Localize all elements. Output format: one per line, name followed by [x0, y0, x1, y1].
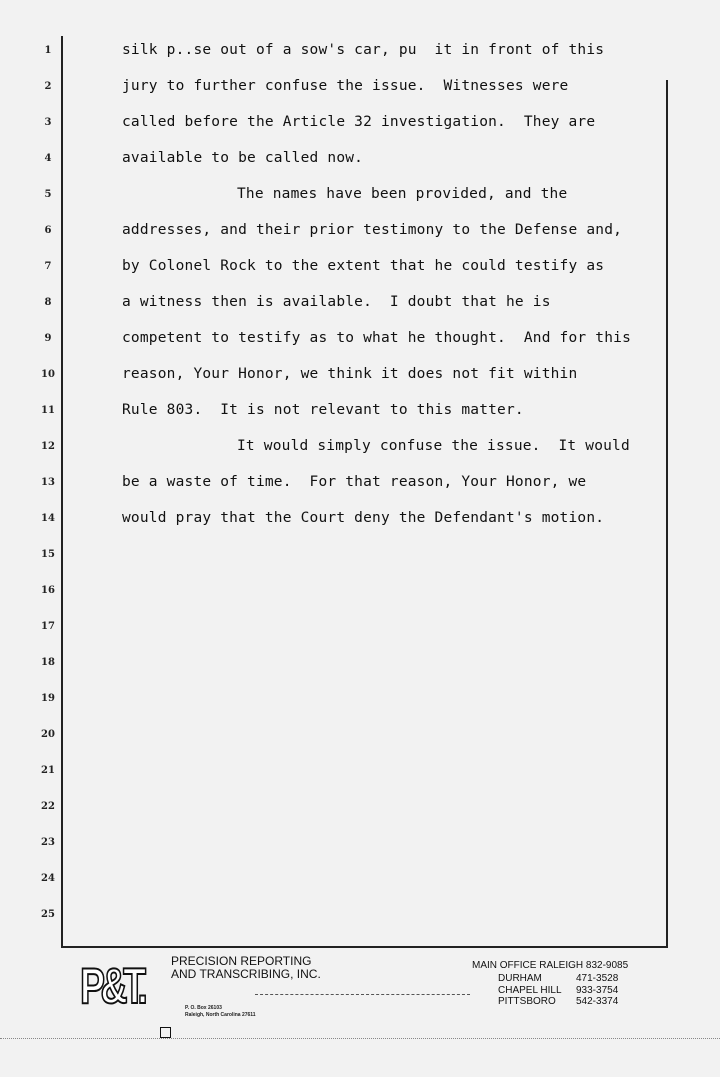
- office-row: PITTSBORO542-3374: [472, 996, 628, 1008]
- line-number: 14: [30, 513, 66, 524]
- line-number: 1: [30, 45, 66, 56]
- line-number: 5: [30, 189, 66, 200]
- transcript-line: Rule 803. It is not relevant to this mat…: [122, 402, 524, 418]
- page-footer: P&T. PRECISION REPORTING AND TRANSCRIBIN…: [0, 952, 720, 1032]
- company-name-line1: PRECISION REPORTING: [171, 955, 321, 968]
- office-list: MAIN OFFICE RALEIGH 832-9085 DURHAM471-3…: [472, 960, 628, 1008]
- line-number: 23: [30, 837, 66, 848]
- company-address: P. O. Box 26103 Raleigh, North Carolina …: [185, 1005, 256, 1019]
- right-margin-rule: [666, 80, 668, 948]
- company-name-line2: AND TRANSCRIBING, INC.: [171, 968, 321, 981]
- line-number: 24: [30, 873, 66, 884]
- transcript-line: would pray that the Court deny the Defen…: [122, 510, 604, 526]
- line-number: 25: [30, 909, 66, 920]
- transcript-line: a witness then is available. I doubt tha…: [122, 294, 551, 310]
- transcript-line: addresses, and their prior testimony to …: [122, 222, 622, 238]
- line-number: 12: [30, 441, 66, 452]
- office-name: DURHAM: [498, 973, 576, 985]
- line-number: 17: [30, 621, 66, 632]
- transcript-line: The names have been provided, and the: [237, 186, 567, 202]
- transcript-line: reason, Your Honor, we think it does not…: [122, 366, 577, 382]
- office-row: CHAPEL HILL933-3754: [472, 985, 628, 997]
- office-row: DURHAM471-3528: [472, 973, 628, 985]
- bottom-margin-rule: [61, 946, 668, 948]
- office-name: CHAPEL HILL: [498, 985, 576, 997]
- main-office: MAIN OFFICE RALEIGH 832-9085: [472, 960, 628, 971]
- office-phone: 542-3374: [576, 996, 618, 1008]
- line-number: 16: [30, 585, 66, 596]
- transcript-line: called before the Article 32 investigati…: [122, 114, 595, 130]
- line-number: 4: [30, 153, 66, 164]
- line-number: 15: [30, 549, 66, 560]
- address-line1: P. O. Box 26103: [185, 1005, 256, 1012]
- line-number: 13: [30, 477, 66, 488]
- dotted-divider: [255, 994, 470, 995]
- company-logo: P&T.: [80, 957, 145, 1015]
- line-number: 19: [30, 693, 66, 704]
- line-number: 9: [30, 333, 66, 344]
- line-number: 22: [30, 801, 66, 812]
- office-phone: 471-3528: [576, 973, 618, 985]
- line-number: 8: [30, 297, 66, 308]
- line-number: 11: [30, 405, 66, 416]
- line-number: 6: [30, 225, 66, 236]
- office-name: PITTSBORO: [498, 996, 576, 1008]
- logo-square-icon: [160, 1027, 171, 1038]
- office-phone: 933-3754: [576, 985, 618, 997]
- transcript-line: available to be called now.: [122, 150, 363, 166]
- scan-artifact-line: [0, 1038, 720, 1039]
- transcript-line: be a waste of time. For that reason, You…: [122, 474, 586, 490]
- company-name: PRECISION REPORTING AND TRANSCRIBING, IN…: [171, 955, 321, 980]
- line-number: 20: [30, 729, 66, 740]
- line-number: 21: [30, 765, 66, 776]
- transcript-line: by Colonel Rock to the extent that he co…: [122, 258, 604, 274]
- line-number: 2: [30, 81, 66, 92]
- address-line2: Raleigh, North Carolina 27611: [185, 1012, 256, 1019]
- transcript-line: silk p..se out of a sow's car, pu it in …: [122, 42, 604, 58]
- line-number: 18: [30, 657, 66, 668]
- line-number: 7: [30, 261, 66, 272]
- transcript-line: competent to testify as to what he thoug…: [122, 330, 631, 346]
- transcript-line: It would simply confuse the issue. It wo…: [237, 438, 630, 454]
- line-number: 3: [30, 117, 66, 128]
- line-number: 10: [30, 369, 66, 380]
- transcript-line: jury to further confuse the issue. Witne…: [122, 78, 569, 94]
